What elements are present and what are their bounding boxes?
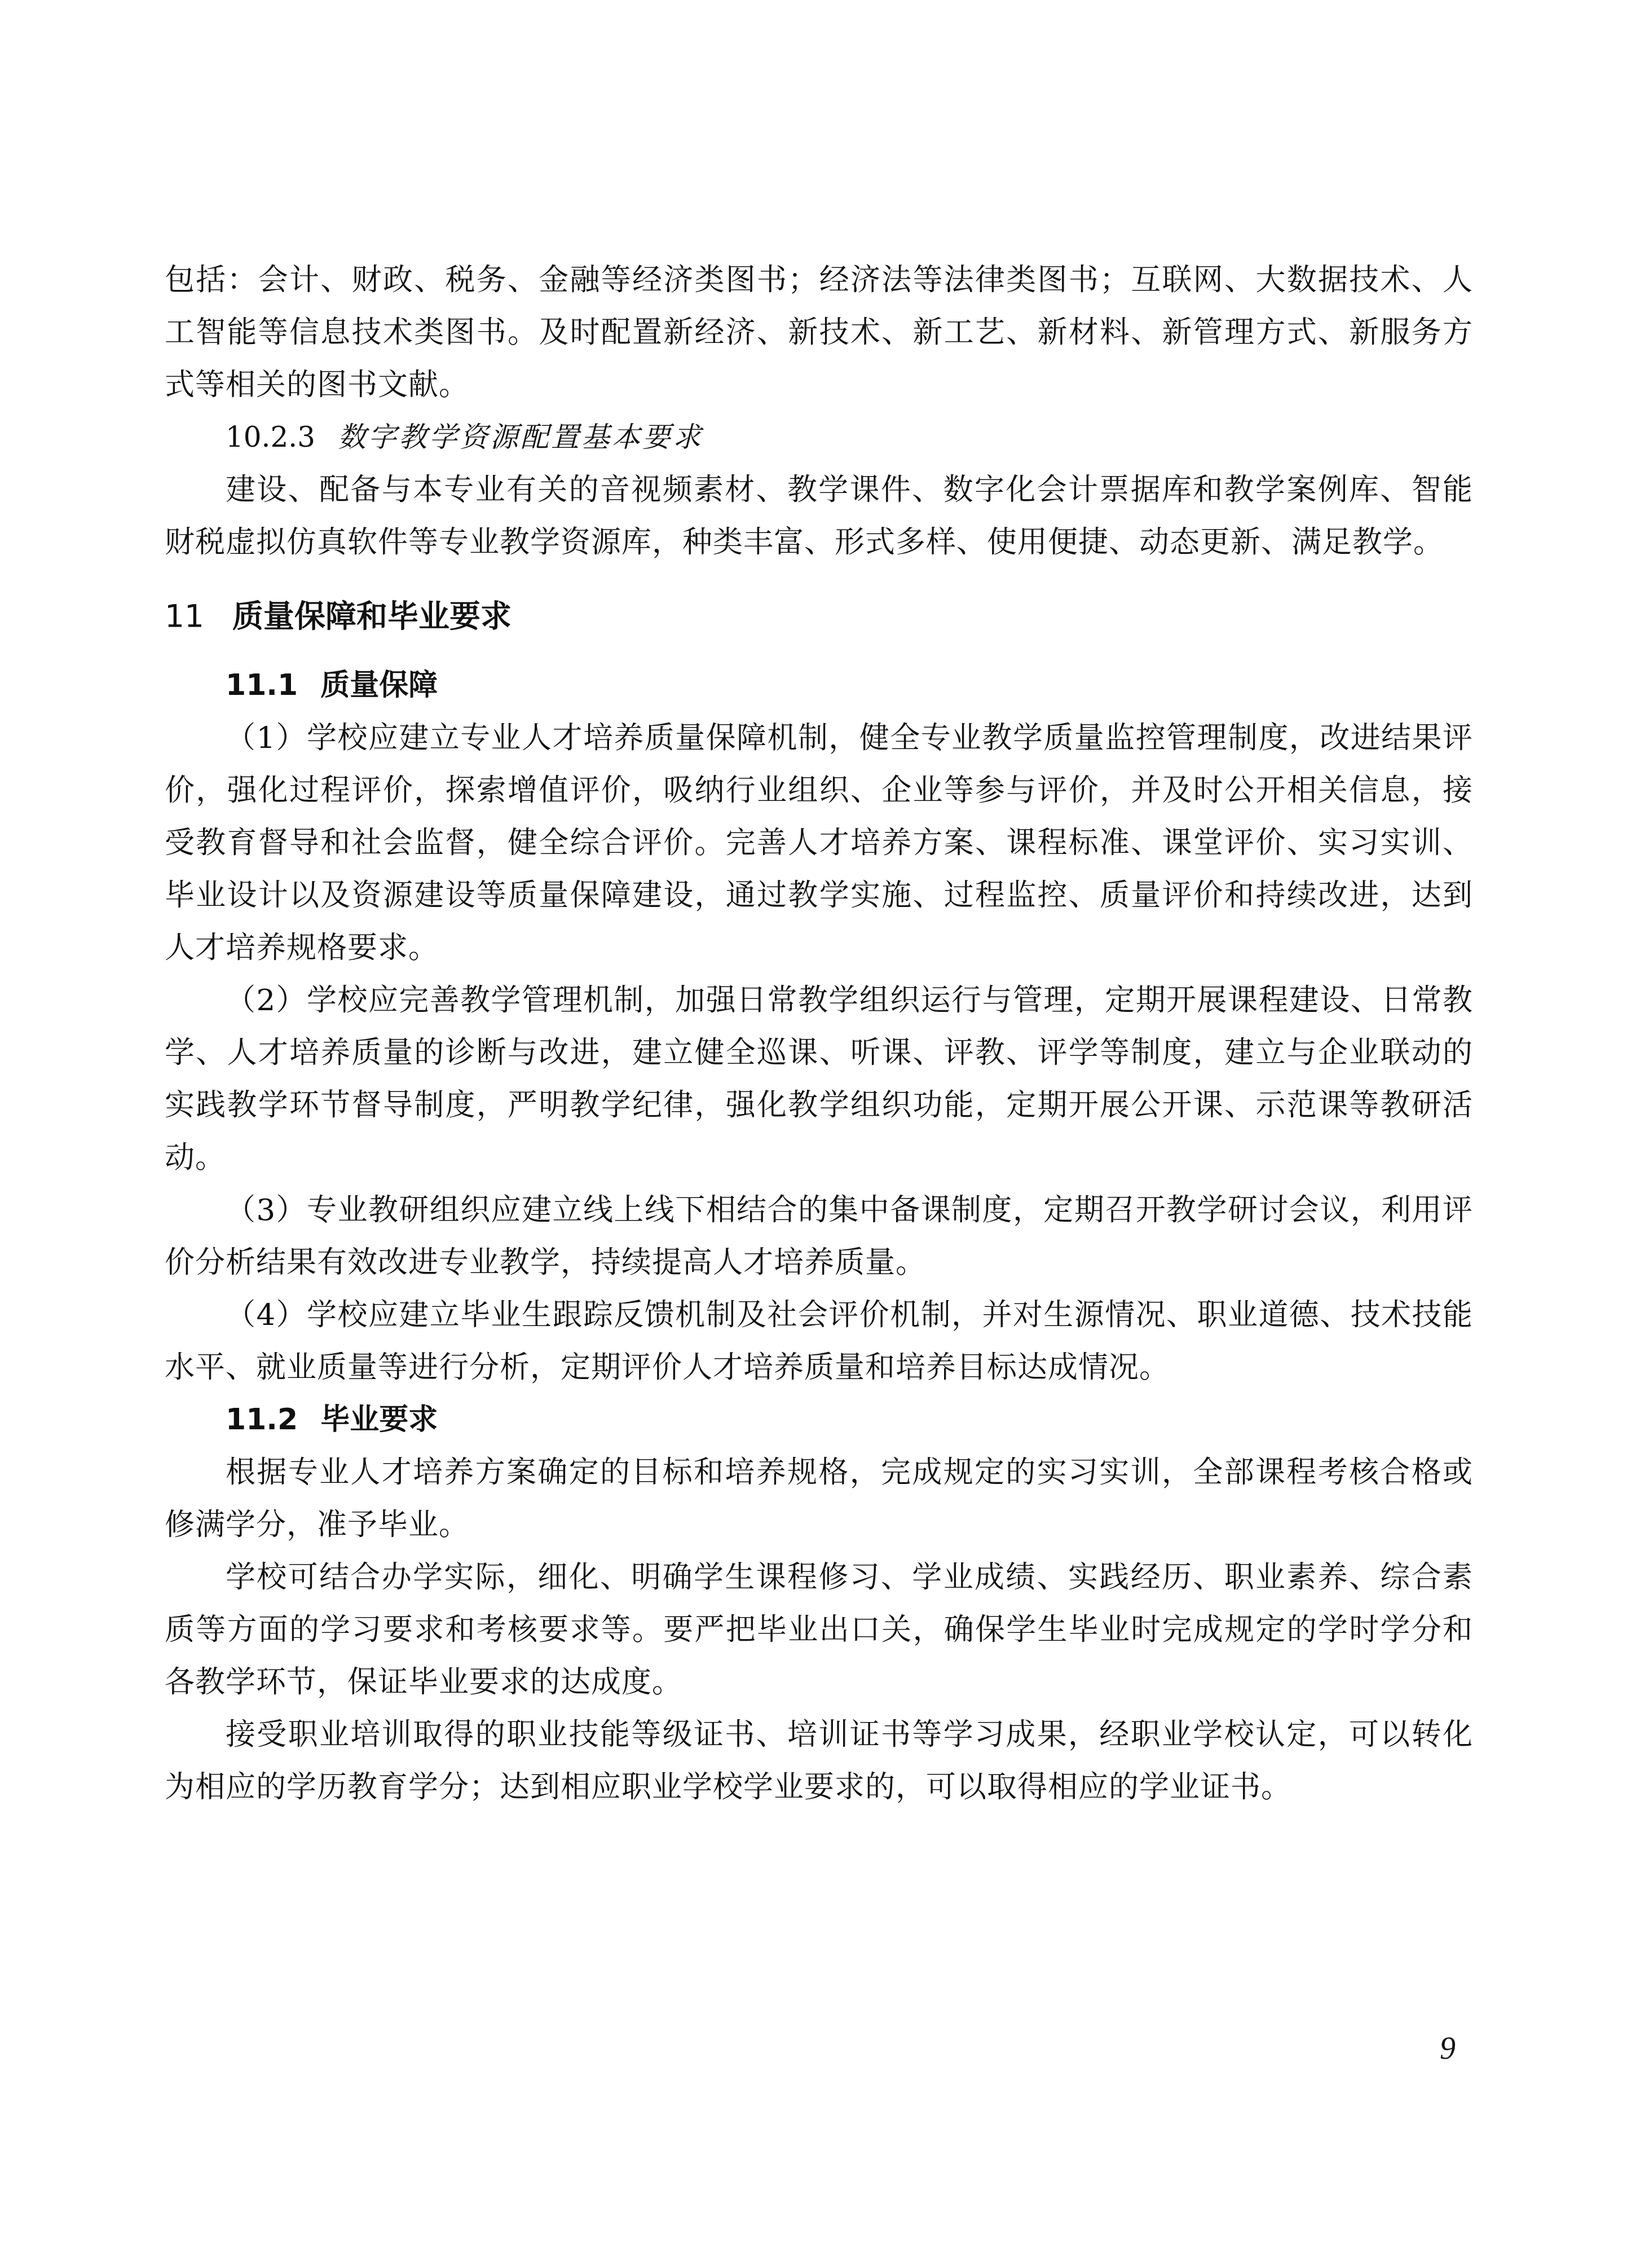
section-number: 11.1 xyxy=(226,668,298,702)
section-10-2-3-heading: 10.2.3数字教学资源配置基本要求 xyxy=(165,411,1473,464)
quality-paragraph-4: （4）学校应建立毕业生跟踪反馈机制及社会评价机制，并对生源情况、职业道德、技术技… xyxy=(165,1289,1473,1394)
quality-paragraph-1: （1）学校应建立专业人才培养质量保障机制，健全专业教学质量监控管理制度，改进结果… xyxy=(165,712,1473,974)
section-number: 10.2.3 xyxy=(226,421,315,453)
section-11-2-heading: 11.2毕业要求 xyxy=(165,1394,1473,1446)
section-number: 11.2 xyxy=(226,1403,298,1437)
graduation-paragraph-1: 根据专业人才培养方案确定的目标和培养规格，完成规定的实习实训，全部课程考核合格或… xyxy=(165,1446,1473,1551)
section-title: 毕业要求 xyxy=(320,1403,438,1437)
section-title: 质量保障 xyxy=(320,668,438,702)
intro-paragraph: 包括：会计、财政、税务、金融等经济类图书；经济法等法律类图书；互联网、大数据技术… xyxy=(165,254,1473,411)
section-title: 质量保障和毕业要求 xyxy=(232,598,512,634)
section-11-1-heading: 11.1质量保障 xyxy=(165,659,1473,712)
section-11-heading: 11质量保障和毕业要求 xyxy=(165,590,1473,642)
page-number: 9 xyxy=(1440,2031,1456,2067)
graduation-paragraph-3: 接受职业培训取得的职业技能等级证书、培训证书等学习成果，经职业学校认定，可以转化… xyxy=(165,1708,1473,1813)
section-10-2-3-paragraph: 建设、配备与本专业有关的音视频素材、教学课件、数字化会计票据库和教学案例库、智能… xyxy=(165,464,1473,569)
section-number: 11 xyxy=(165,598,204,634)
graduation-paragraph-2: 学校可结合办学实际，细化、明确学生课程修习、学业成绩、实践经历、职业素养、综合素… xyxy=(165,1551,1473,1708)
section-title: 数字教学资源配置基本要求 xyxy=(338,421,703,453)
quality-paragraph-3: （3）专业教研组织应建立线上线下相结合的集中备课制度，定期召开教学研讨会议，利用… xyxy=(165,1184,1473,1289)
document-page: 包括：会计、财政、税务、金融等经济类图书；经济法等法律类图书；互联网、大数据技术… xyxy=(165,254,1473,1813)
quality-paragraph-2: （2）学校应完善教学管理机制，加强日常教学组织运行与管理，定期开展课程建设、日常… xyxy=(165,974,1473,1184)
